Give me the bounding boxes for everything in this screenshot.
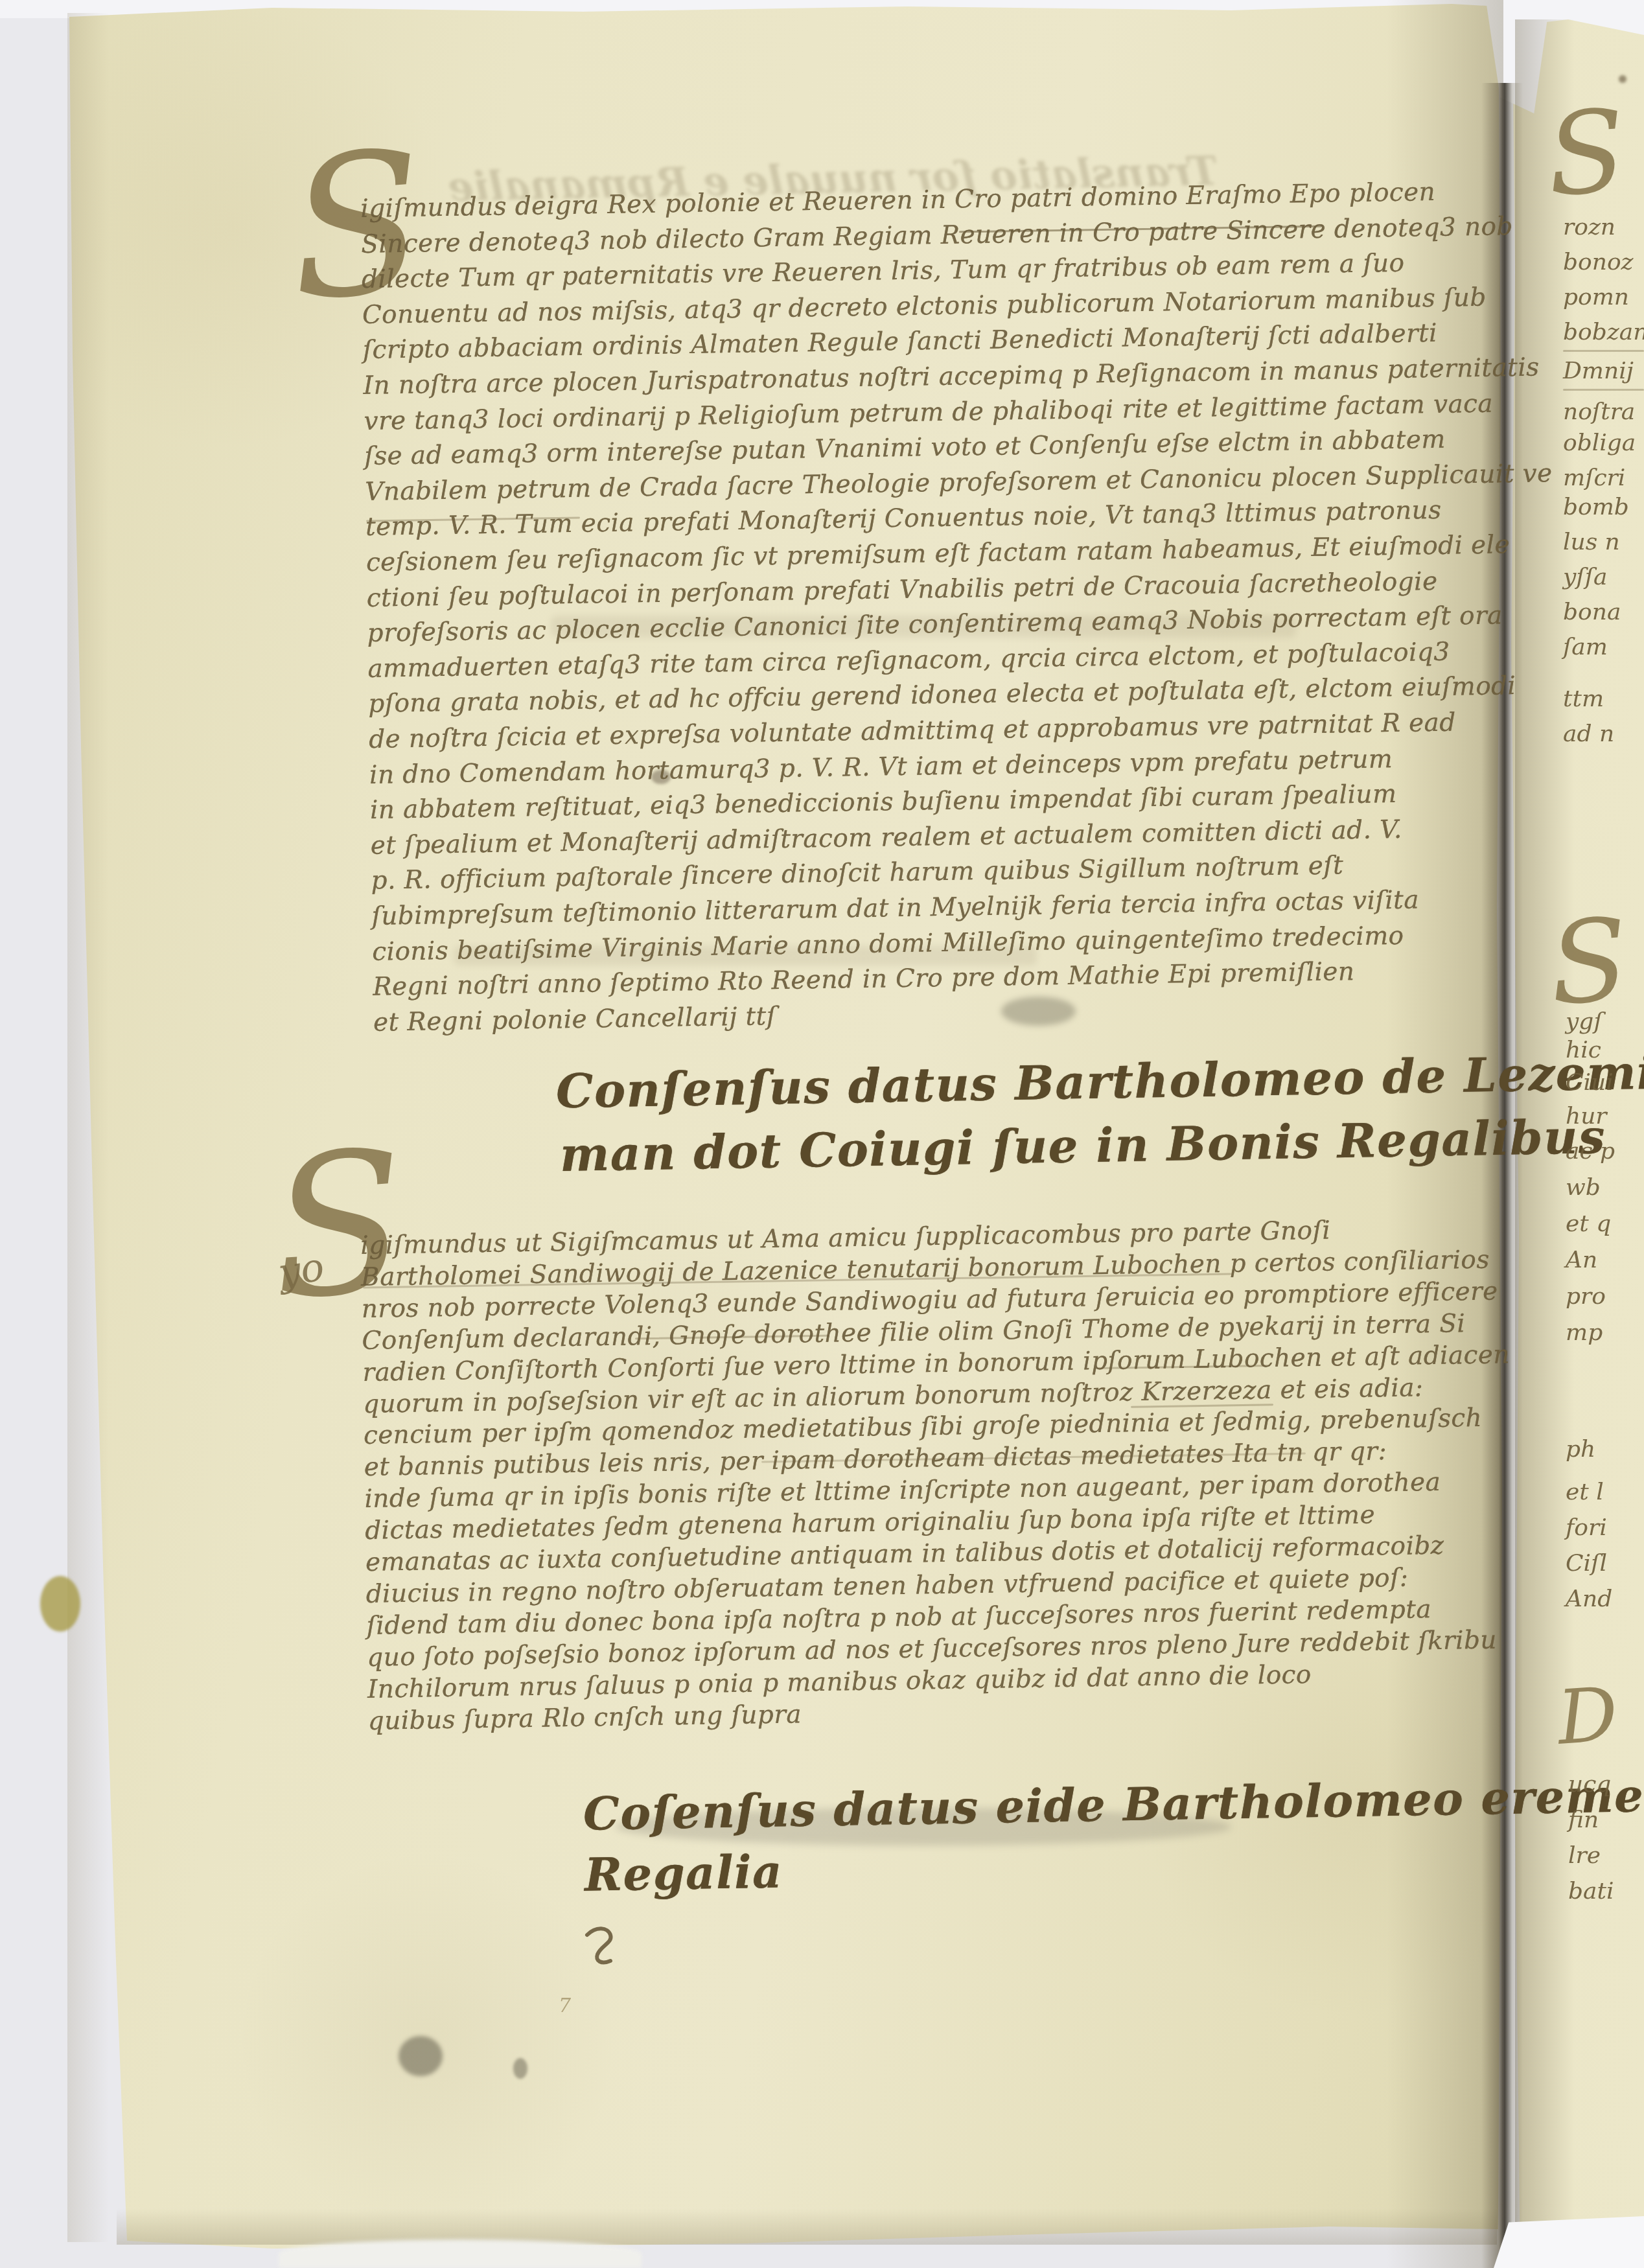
page-left-shading xyxy=(67,13,109,2242)
facing-text-fragment: ucq xyxy=(1568,1771,1611,1798)
manuscript-photo: Translatio ſor nuuale e Rpmanalie S S yo… xyxy=(0,0,1644,2268)
scribal-underline xyxy=(1563,350,1644,352)
backdrop-bottom-patch xyxy=(279,2239,642,2268)
manuscript-line: et Regni polonie Cancellarij ttſ xyxy=(373,1002,776,1037)
flourish-mark xyxy=(582,1923,640,1969)
scribal-underline xyxy=(1563,389,1644,391)
margin-note: yo xyxy=(275,1244,327,1296)
olive-stain xyxy=(40,1576,80,1632)
folio-number: 7 xyxy=(559,1995,571,2017)
rubric-heading-2-line-2: Regalia xyxy=(584,1849,783,1897)
bottom-fleck xyxy=(513,2058,527,2079)
facing-text-fragment: bati xyxy=(1568,1878,1614,1904)
facing-text-fragment: fin xyxy=(1568,1807,1599,1833)
manuscript-line: quibus ſupra Rlo cnſch ung ſupra xyxy=(368,1700,802,1736)
facing-text-fragment: lre xyxy=(1568,1842,1601,1869)
bottom-smudge xyxy=(399,2036,443,2076)
paragraph-1: igiſmundus deigra Rex polonie et Reueren… xyxy=(360,178,1398,1050)
page-bottom-shading xyxy=(117,2208,1497,2245)
facing-text-block-4: ucqfinlrebati xyxy=(1568,0,1644,2268)
paragraph-2: igiſmundus ut Sigiſmcamus ut Ama amicu ſ… xyxy=(360,1215,1393,1763)
